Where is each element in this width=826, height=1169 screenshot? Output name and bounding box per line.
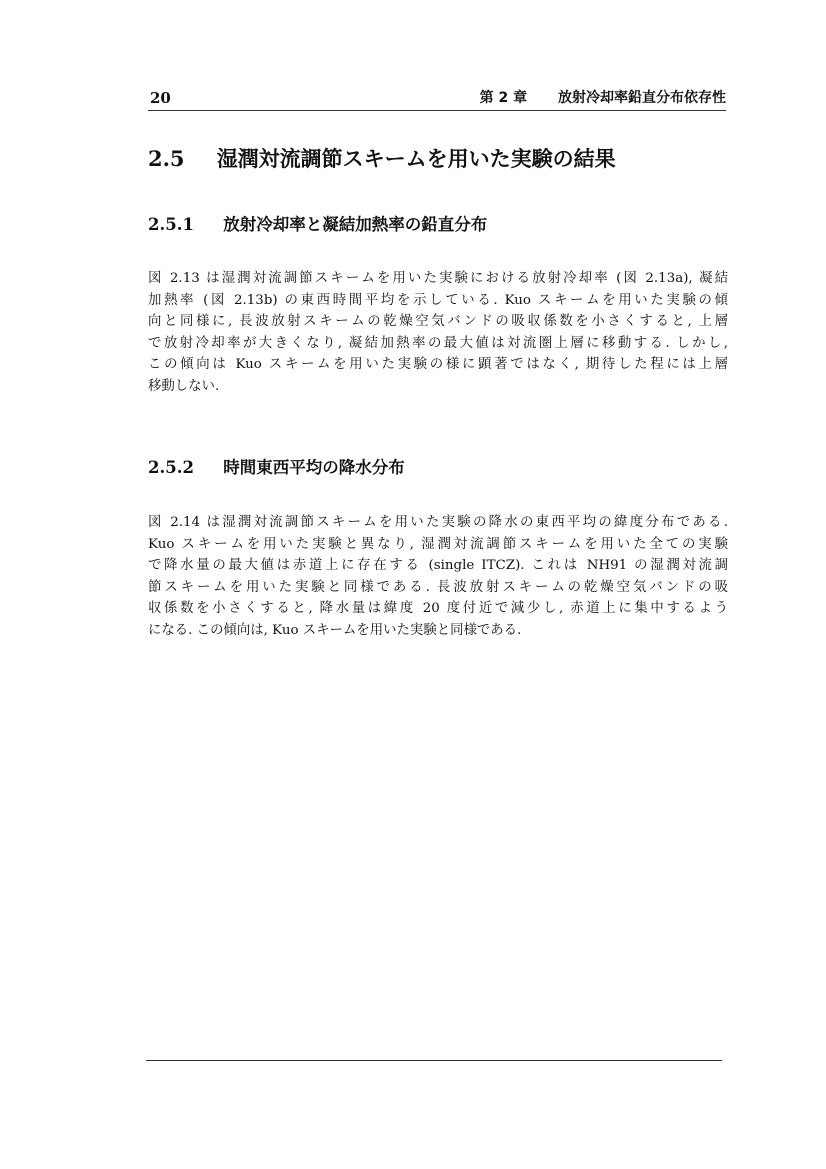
chapter-label: 第 2 章	[480, 90, 528, 106]
subsection-heading-2-5-2: 2.5.2 時間東西平均の降水分布	[148, 456, 405, 480]
paragraph-line: 移動しない.	[148, 376, 728, 398]
subsection-title: 時間東西平均の降水分布	[223, 458, 405, 477]
paragraph-line: 収係数を小さくすると, 降水量は緯度 20 度付近で減少し, 赤道上に集中するよ…	[148, 598, 728, 620]
section-title: 湿潤対流調節スキームを用いた実験の結果	[217, 147, 616, 171]
subsection-number: 2.5.1	[148, 213, 218, 237]
paragraph-line: Kuo スキームを用いた実験と異なり, 湿潤対流調節スキームを用いた全ての実験	[148, 534, 728, 556]
paragraph-line: 節スキームを用いた実験と同様である. 長波放射スキームの乾燥空気バンドの吸	[148, 577, 728, 599]
paragraph-2-5-2: 図 2.14 は湿潤対流調節スキームを用いた実験の降水の東西平均の緯度分布である…	[148, 512, 728, 642]
running-title: 第 2 章 放射冷却率鉛直分布依存性	[480, 88, 726, 108]
footer-rule	[146, 1060, 722, 1061]
paragraph-line: 図 2.13 は湿潤対流調節スキームを用いた実験における放射冷却率 (図 2.1…	[148, 268, 728, 290]
subsection-number: 2.5.2	[148, 456, 218, 480]
paragraph-line: この傾向は Kuo スキームを用いた実験の様に顕著ではなく, 期待した程には上層	[148, 354, 728, 376]
paragraph-line: 向と同様に, 長波放射スキームの乾燥空気バンドの吸収係数を小さくすると, 上層	[148, 311, 728, 333]
paragraph-2-5-1: 図 2.13 は湿潤対流調節スキームを用いた実験における放射冷却率 (図 2.1…	[148, 268, 728, 398]
chapter-title: 放射冷却率鉛直分布依存性	[558, 90, 726, 106]
paragraph-line: になる. この傾向は, Kuo スキームを用いた実験と同様である.	[148, 620, 728, 642]
page-number: 20	[150, 88, 171, 108]
subsection-title: 放射冷却率と凝結加熱率の鉛直分布	[223, 215, 487, 234]
paragraph-line: で放射冷却率が大きくなり, 凝結加熱率の最大値は対流圏上層に移動する. しかし,	[148, 333, 728, 355]
subsection-heading-2-5-1: 2.5.1 放射冷却率と凝結加熱率の鉛直分布	[148, 213, 487, 237]
section-number: 2.5	[148, 144, 210, 174]
paragraph-line: 加熱率 (図 2.13b) の東西時間平均を示している. Kuo スキームを用い…	[148, 290, 728, 312]
paragraph-line: で降水量の最大値は赤道上に存在する (single ITCZ). これは NH9…	[148, 555, 728, 577]
page-header: 20 第 2 章 放射冷却率鉛直分布依存性	[148, 88, 726, 111]
paragraph-line: 図 2.14 は湿潤対流調節スキームを用いた実験の降水の東西平均の緯度分布である…	[148, 512, 728, 534]
section-heading: 2.5 湿潤対流調節スキームを用いた実験の結果	[148, 144, 616, 174]
